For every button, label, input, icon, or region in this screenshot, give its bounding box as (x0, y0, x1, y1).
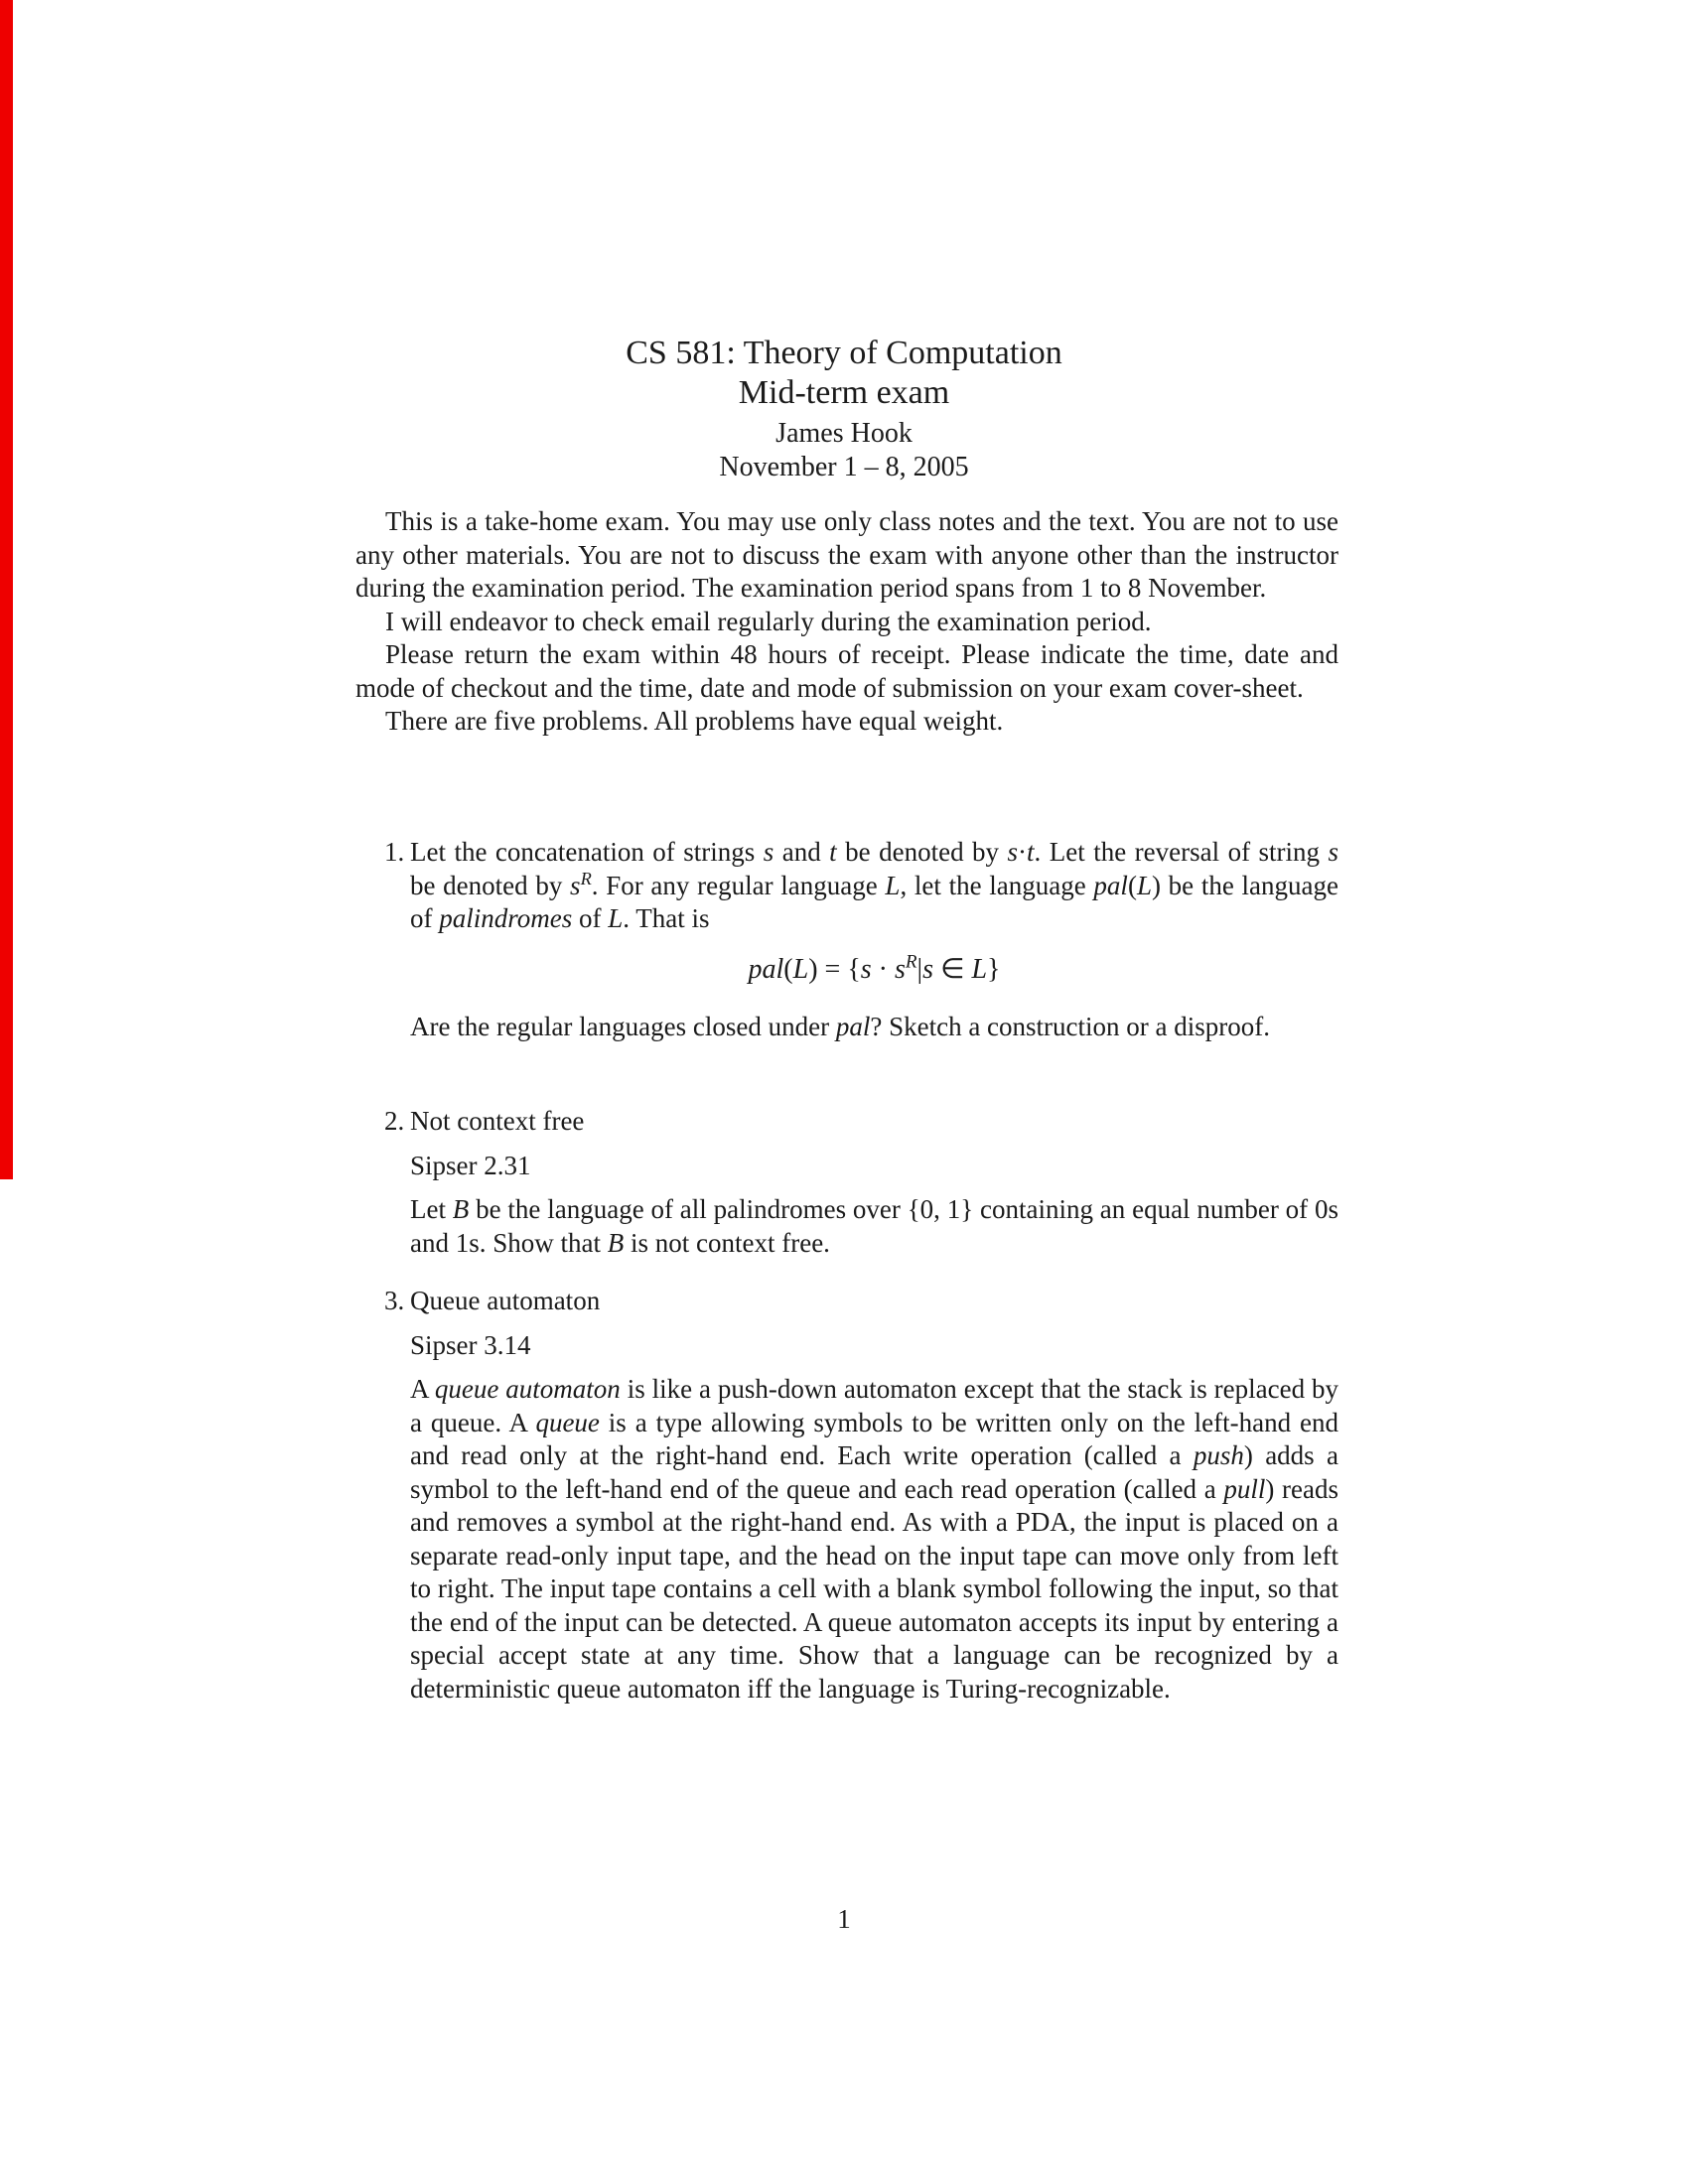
problem-1-statement: Let the concatenation of strings s and t… (410, 836, 1338, 936)
problem-3-body: A queue automaton is like a push-down au… (410, 1373, 1338, 1706)
problem-item-2: 2. Not context free Sipser 2.31 Let B be… (355, 1105, 1338, 1260)
problem-2-body: Let B be the language of all palindromes… (410, 1193, 1338, 1260)
problem-3-number: 3. (384, 1285, 404, 1318)
scan-edge-stripe (0, 0, 13, 1179)
problem-2-title: Not context free (410, 1105, 1338, 1139)
problem-item-3: 3. Queue automaton Sipser 3.14 A queue a… (355, 1285, 1338, 1706)
problem-2-reference: Sipser 2.31 (410, 1150, 1338, 1183)
problem-1-question: Are the regular languages closed under p… (410, 1011, 1338, 1044)
problem-item-1: 1. Let the concatenation of strings s an… (355, 836, 1338, 1043)
problem-1-number: 1. (384, 836, 404, 870)
problem-list: 1. Let the concatenation of strings s an… (355, 0, 1338, 2184)
problem-3-reference: Sipser 3.14 (410, 1329, 1338, 1363)
problem-2-number: 2. (384, 1105, 404, 1139)
exam-page: CS 581: Theory of Computation Mid-term e… (0, 0, 1688, 2184)
page-number: 1 (0, 1904, 1688, 1935)
problem-1-formula: pal(L) = {s · sR|s ∈ L} (410, 949, 1338, 991)
problem-3-title: Queue automaton (410, 1285, 1338, 1318)
